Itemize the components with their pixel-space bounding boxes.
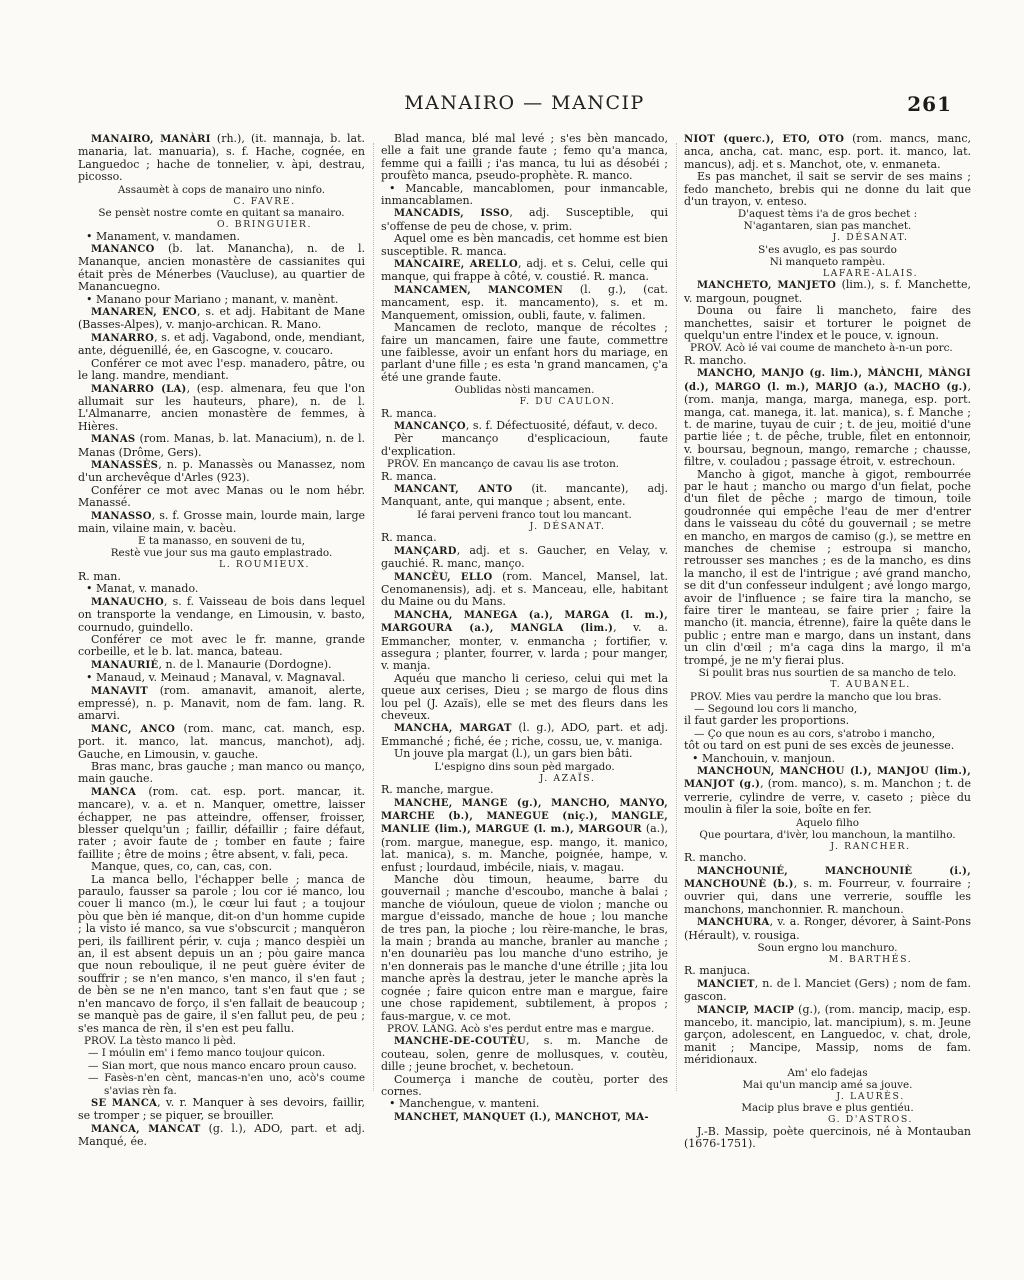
entry-headword: MANAUCHO (91, 597, 164, 608)
page-header: MANAIRO — MANCIP 261 (78, 92, 966, 118)
entry-headword: MANAIRO, MANÀRI (91, 134, 211, 145)
entry-paragraph: MANCHETO, MANJETO (lim.), s. f. Manchett… (684, 279, 971, 305)
entry-headword: MANCHA, MANEGA (a.), MARGA (l. m.), MARG… (381, 610, 668, 634)
entry-paragraph: MANAVIT (rom. amanavit, amanoit, alerte,… (78, 685, 365, 723)
entry-paragraph: MANCIP, MACIP (g.), (rom. mancip, macip,… (684, 1004, 971, 1067)
cont-paragraph: il faut garder les proportions. (684, 715, 971, 727)
para-paragraph: Conférer ce mot avec l'esp. manadero, pâ… (78, 358, 365, 383)
verse-paragraph: E ta manasso, en souveni de tu,Restè vue… (78, 535, 365, 559)
cont-paragraph: tôt ou tard on est puni de ses excès de … (684, 740, 971, 752)
para-paragraph: Manche dòu timoun, heaume, barre du gouv… (381, 874, 668, 1023)
entry-paragraph: MANCHE-DE-COUTÈU, s. m. Manche de coutea… (381, 1035, 668, 1073)
para-paragraph: Un jouve pla margat (l.), un gars bien b… (381, 748, 668, 760)
entry-headword: MANAS (91, 434, 135, 445)
column-separator (676, 143, 677, 1091)
para-paragraph: Mancamen de recloto, manque de récoltes … (381, 322, 668, 384)
entry-paragraph: MANCA, MANCAT (g. l.), ADO, part. et adj… (78, 1123, 365, 1149)
entry-paragraph: MANCANT, ANTO (it. mancante), adj. Manqu… (381, 483, 668, 509)
entry-paragraph: MANAS (rom. Manas, b. lat. Manacium), n.… (78, 433, 365, 459)
para-paragraph: Blad manca, blé mal levé ; s'es bèn manc… (381, 133, 668, 183)
entry-headword: MANCIP, MACIP (697, 1005, 794, 1016)
attr-paragraph: C. FAVRE. (78, 196, 365, 208)
entry-headword: MANCIET (697, 979, 755, 990)
entry-paragraph: MANCAIRE, ARELLO, adj. et s. Celui, cell… (381, 258, 668, 284)
ref-paragraph: R. mancho. (684, 355, 971, 367)
entry-headword: MANCHETO, MANJETO (697, 280, 836, 291)
verse-paragraph: Oublidas nòsti mancamen. (381, 384, 668, 396)
entry-headword: MANCAIRE, ARELLO (394, 259, 518, 270)
entry-headword: MANCHO, MANJO (g. lim.), MÀNCHI, MÀNGI (… (684, 368, 971, 392)
para-paragraph: Coumerça i manche de coutèu, porter des … (381, 1074, 668, 1099)
verse-paragraph: Si poulit bras nus sourtien de sa mancho… (684, 667, 971, 679)
entry-paragraph: MANCA (rom. cat. esp. port. mancar, it. … (78, 786, 365, 861)
bullet-paragraph: Manchengue, v. manteni. (381, 1098, 668, 1110)
entry-paragraph: MANCHOUNIÉ, MANCHOUNIÈ (i.), MANCHOUNÈ (… (684, 865, 971, 917)
entry-paragraph: MANCHA, MARGAT (l. g.), ADO, part. et ad… (381, 722, 668, 748)
entry-headword: MANC, ANCO (91, 724, 175, 735)
ref-paragraph: R. mancho. (684, 852, 971, 864)
bullet-paragraph: Manchouin, v. manjoun. (684, 753, 971, 765)
verse-paragraph: Macip plus brave e plus gentiéu. (684, 1102, 971, 1114)
para-paragraph: Mancho à gigot, manche à gigot, rembourr… (684, 469, 971, 668)
attr-paragraph: T. AUBANEL. (684, 679, 971, 691)
verse-paragraph: Aquelo filhoQue pourtara, d'ivèr, lou ma… (684, 817, 971, 841)
entry-paragraph: MANCHURA, v. a. Ronger, dévorer, à Saint… (684, 916, 971, 942)
column-3: NIOT (querc.), ETO, OTO (rom. mancs, man… (684, 133, 971, 1151)
entry-paragraph: MANAIRO, MANÀRI (rh.), (it. mannaja, b. … (78, 133, 365, 184)
para-paragraph: J.-B. Massip, poète quercinois, né à Mon… (684, 1126, 971, 1151)
prov-paragraph: PROV. Acò ié vai coume de mancheto à-n-u… (684, 342, 971, 354)
text-columns: MANAIRO, MANÀRI (rh.), (it. mannaja, b. … (78, 133, 971, 1151)
ref-paragraph: R. manche, margue. (381, 784, 668, 796)
bullet-paragraph: Manaud, v. Meinaud ; Manaval, v. Magnava… (78, 672, 365, 684)
entry-paragraph: MANCHOUN, MANCHOU (l.), MANJOU (lim.), M… (684, 765, 971, 817)
entry-headword: MANARRO (91, 333, 154, 344)
entry-paragraph: MANÇARD, adj. et s. Gaucher, en Velay, v… (381, 545, 668, 571)
entry-headword: MANARRO (LA) (91, 384, 187, 395)
entry-paragraph: MANC, ANCO (rom. manc, cat. manch, esp. … (78, 723, 365, 761)
ref-paragraph: R. manca. (381, 532, 668, 544)
verse-paragraph: Am' elo fadejasMai qu'un mancip amé sa j… (684, 1067, 971, 1091)
entry-paragraph: MANANCO (b. lat. Manancha), n. de l. Man… (78, 243, 365, 294)
entry-paragraph: MANCIET, n. de l. Manciet (Gers) ; nom d… (684, 978, 971, 1004)
entry-paragraph: MANAREN, ENCO, s. et adj. Habitant de Ma… (78, 306, 365, 332)
attr-paragraph: J. LAURÈS. (684, 1091, 971, 1103)
entry-paragraph: MANARRO (LA), (esp. almenara, feu que l'… (78, 383, 365, 434)
entry-paragraph: MANCHE, MANGE (g.), MANCHO, MANYO, MARCH… (381, 797, 668, 874)
prov-paragraph: PROV. En mancanço de cavau lis ase troto… (381, 458, 668, 470)
entry-headword: MANCÈU, ELLO (394, 572, 493, 583)
verse-paragraph: S'es avuglo, es pas sourdoNi manqueto ra… (684, 244, 971, 268)
para-paragraph: Conférer ce mot avec le fr. manne, grand… (78, 634, 365, 659)
para-paragraph: Manque, ques, co, can, cas, con. (78, 861, 365, 873)
dash-paragraph: — Fasès-n'en cènt, mancas-n'en uno, acò'… (78, 1072, 365, 1097)
entry-headword: MANCANT, ANTO (394, 484, 512, 495)
entry-headword: MANÇARD (394, 546, 457, 557)
entry-headword: MANASSO (91, 511, 152, 522)
entry-headword: MANASSÈS (91, 460, 158, 471)
attr-paragraph: L. ROUMIEUX. (78, 559, 365, 571)
verse-paragraph: L'espigno dins soun pèd margado. (381, 761, 668, 773)
entry-headword: MANCA, MANCAT (91, 1124, 201, 1135)
entry-paragraph: MANAURIÉ, n. de l. Manaurie (Dordogne). (78, 659, 365, 672)
entry-paragraph: MANCHO, MANJO (g. lim.), MÀNCHI, MÀNGI (… (684, 367, 971, 468)
entry-headword: MANCHOUN, MANCHOU (l.), MANJOU (lim.), M… (684, 766, 971, 790)
dash-paragraph: — I móulin em' i femo manco toujour quic… (78, 1047, 365, 1059)
bullet-paragraph: Manat, v. manado. (78, 583, 365, 595)
entry-paragraph: MANCADIS, ISSO, adj. Susceptible, qui s'… (381, 207, 668, 233)
entry-paragraph: MANCAMEN, MANCOMEN (l. g.), (cat. mancam… (381, 284, 668, 322)
entry-headword: MANCANÇO (394, 421, 466, 432)
para-paragraph: Conférer ce mot avec Manas ou le nom héb… (78, 485, 365, 510)
page-number: 261 (907, 92, 952, 116)
para-paragraph: Aquel ome es bèn mancadis, cet homme est… (381, 233, 668, 258)
entry-headword: MANANCO (91, 244, 155, 255)
entry-headword: MANCA (91, 787, 136, 798)
entry-headword: MANAREN, ENCO (91, 307, 197, 318)
entry-headword: MANCHA, MARGAT (394, 723, 512, 734)
dash-paragraph: — Sian mort, que nous manco encaro proun… (78, 1060, 365, 1072)
attr-paragraph: J. DÉSANAT. (684, 232, 971, 244)
entry-paragraph: MANCHA, MANEGA (a.), MARGA (l. m.), MARG… (381, 609, 668, 673)
entry-headword: MANAVIT (91, 686, 148, 697)
para-paragraph: Aquéu que mancho li cerieso, celui qui m… (381, 673, 668, 723)
verse-paragraph: Se pensèt nostre comte en quitant sa man… (78, 207, 365, 219)
entry-paragraph: MANARRO, s. et adj. Vagabond, onde, mend… (78, 332, 365, 358)
ref-paragraph: R. manjuca. (684, 965, 971, 977)
attr-paragraph: O. BRINGUIER. (78, 219, 365, 231)
entry-paragraph: MANAUCHO, s. f. Vaisseau de bois dans le… (78, 596, 365, 634)
verse-paragraph: Ié farai perveni franco tout lou mancant… (381, 509, 668, 521)
entry-headword: MANCHE-DE-COUTÈU (394, 1036, 526, 1047)
entry-paragraph: MANCÈU, ELLO (rom. Mancel, Mansel, lat. … (381, 571, 668, 609)
column-separator (373, 143, 374, 1091)
bullet-paragraph: Mancable, mancablomen, pour inmancable, … (381, 183, 668, 208)
para-paragraph: Douna ou faire li mancheto, faire des ma… (684, 305, 971, 342)
para-paragraph: Es pas manchet, il sait se servir de ses… (684, 171, 971, 208)
attr-paragraph: F. DU CAULON. (381, 396, 668, 408)
verse-paragraph: Assaumèt à cops de manairo uno ninfo. (78, 184, 365, 196)
prov-paragraph: PROV. Mies vau perdre la mancho que lou … (684, 691, 971, 703)
entry-headword: NIOT (querc.), ETO, OTO (684, 134, 844, 145)
entry-paragraph: MANASSÈS, n. p. Manassès ou Manassez, no… (78, 459, 365, 485)
entry-paragraph: MANCANÇO, s. f. Défectuosité, défaut, v.… (381, 420, 668, 433)
prov-paragraph: PROV. La tèsto manco li pèd. (78, 1035, 365, 1047)
running-title: MANAIRO — MANCIP (78, 92, 971, 114)
verse-paragraph: Soun ergno lou manchuro. (684, 942, 971, 954)
entry-paragraph: SE MANCA, v. r. Manquer à ses devoirs, f… (78, 1097, 365, 1123)
para-paragraph: Bras manc, bras gauche ; man manco ou ma… (78, 761, 365, 786)
para-paragraph: La manca bello, l'échapper belle ; manca… (78, 874, 365, 1035)
para-paragraph: Pèr mancanço d'esplicacioun, faute d'exp… (381, 433, 668, 458)
attr-paragraph: G. D'ASTROS. (684, 1114, 971, 1126)
entry-headword: MANCHURA (697, 917, 770, 928)
verse-paragraph: D'aquest tèms i'a de gros bechet :N'agan… (684, 208, 971, 232)
column-1: MANAIRO, MANÀRI (rh.), (it. mannaja, b. … (78, 133, 365, 1151)
entry-paragraph: MANASSO, s. f. Grosse main, lourde main,… (78, 510, 365, 536)
column-2: Blad manca, blé mal levé ; s'es bèn manc… (381, 133, 668, 1151)
entry-headword: MANCADIS, ISSO (394, 208, 509, 219)
entry-headword: MANAURIÉ (91, 660, 158, 671)
entry-headword: MANCHET, MANQUET (l.), MANCHOT, MA- (394, 1112, 649, 1123)
cont-paragraph: NIOT (querc.), ETO, OTO (rom. mancs, man… (684, 133, 971, 171)
entry-headword: MANCHE, MANGE (g.), MANCHO, MANYO, MARCH… (381, 798, 668, 836)
entry-paragraph: MANCHET, MANQUET (l.), MANCHOT, MA- (381, 1111, 668, 1124)
dictionary-page: MANAIRO — MANCIP 261 MANAIRO, MANÀRI (rh… (0, 0, 1024, 1181)
entry-headword: MANCHOUNIÉ, MANCHOUNIÈ (i.), MANCHOUNÈ (… (684, 866, 971, 890)
entry-headword: SE MANCA (91, 1098, 157, 1109)
entry-headword: MANCAMEN, MANCOMEN (394, 285, 563, 296)
